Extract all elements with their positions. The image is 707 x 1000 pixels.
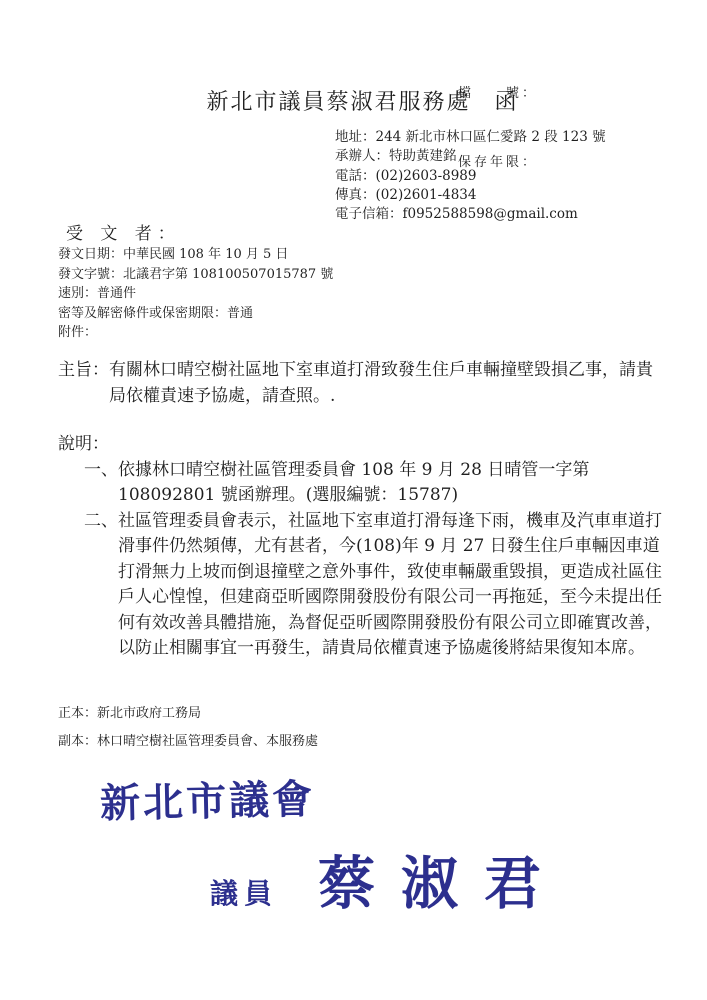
description-item-2: 二、 社區管理委員會表示，社區地下室車道打滑每逢下雨，機車及汽車車道打滑事件仍然…	[84, 509, 662, 662]
sender-info-block: 地址：244 新北市林口區仁愛路 2 段 123 號 承辦人：特助黃建銘 電話：…	[335, 128, 606, 224]
sender-phone: 電話：(02)2603-8989	[335, 167, 606, 186]
description-items: 一、 依據林口晴空樹社區管理委員會 108 年 9 月 28 日晴管一字第 10…	[84, 458, 662, 662]
councilor-title: 議員	[210, 872, 278, 912]
item-text: 依據林口晴空樹社區管理委員會 108 年 9 月 28 日晴管一字第 10809…	[118, 458, 662, 509]
sender-contact-person: 承辦人：特助黃建銘	[335, 147, 606, 166]
description-label: 說明：	[58, 432, 662, 458]
official-letter-page: 檔 號： 保存年限： 新北市議員蔡淑君服務處 函 地址：244 新北市林口區仁愛…	[0, 0, 707, 1000]
meta-block: 發文日期：中華民國 108 年 10 月 5 日 發文字號：北議君字第 1081…	[58, 245, 333, 343]
item-number: 一、	[84, 458, 118, 484]
subject-section: 主旨： 有關林口晴空樹社區地下室車道打滑致發生住戶車輛撞壁毀損乙事，請貴局依權責…	[58, 358, 658, 409]
recipient-label: 受 文 者：	[66, 219, 181, 244]
sender-fax: 傳真：(02)2601-4834	[335, 186, 606, 205]
sender-address: 地址：244 新北市林口區仁愛路 2 段 123 號	[335, 128, 606, 147]
priority: 速別：普通件	[58, 284, 333, 304]
original-copy-recipient: 正本：新北市政府工務局	[58, 700, 318, 728]
subject-label: 主旨：	[58, 358, 109, 384]
description-item-1: 一、 依據林口晴空樹社區管理委員會 108 年 9 月 28 日晴管一字第 10…	[84, 458, 662, 509]
council-stamp: 新北市議會	[99, 768, 315, 829]
councilor-signature: 議員 蔡淑君	[210, 838, 567, 920]
item-text: 社區管理委員會表示，社區地下室車道打滑每逢下雨，機車及汽車車道打滑事件仍然頻傳，…	[118, 509, 662, 662]
sender-email: 電子信箱：f0952588598@gmail.com	[335, 205, 606, 224]
document-title: 新北市議員蔡淑君服務處 函	[9, 85, 707, 116]
attachment-label: 附件：	[58, 323, 333, 343]
councilor-name: 蔡淑君	[318, 838, 567, 920]
issue-date: 發文日期：中華民國 108 年 10 月 5 日	[58, 245, 333, 265]
security-classification: 密等及解密條件或保密期限：普通	[58, 304, 333, 324]
document-number: 發文字號：北議君字第 108100507015787 號	[58, 265, 333, 285]
description-section: 說明： 一、 依據林口晴空樹社區管理委員會 108 年 9 月 28 日晴管一字…	[58, 432, 662, 662]
item-number: 二、	[84, 509, 118, 535]
copies-block: 正本：新北市政府工務局 副本：林口晴空樹社區管理委員會、本服務處	[58, 700, 318, 756]
cc-recipient: 副本：林口晴空樹社區管理委員會、本服務處	[58, 728, 318, 756]
subject-text: 有關林口晴空樹社區地下室車道打滑致發生住戶車輛撞壁毀損乙事，請貴局依權責速予協處…	[109, 358, 658, 409]
